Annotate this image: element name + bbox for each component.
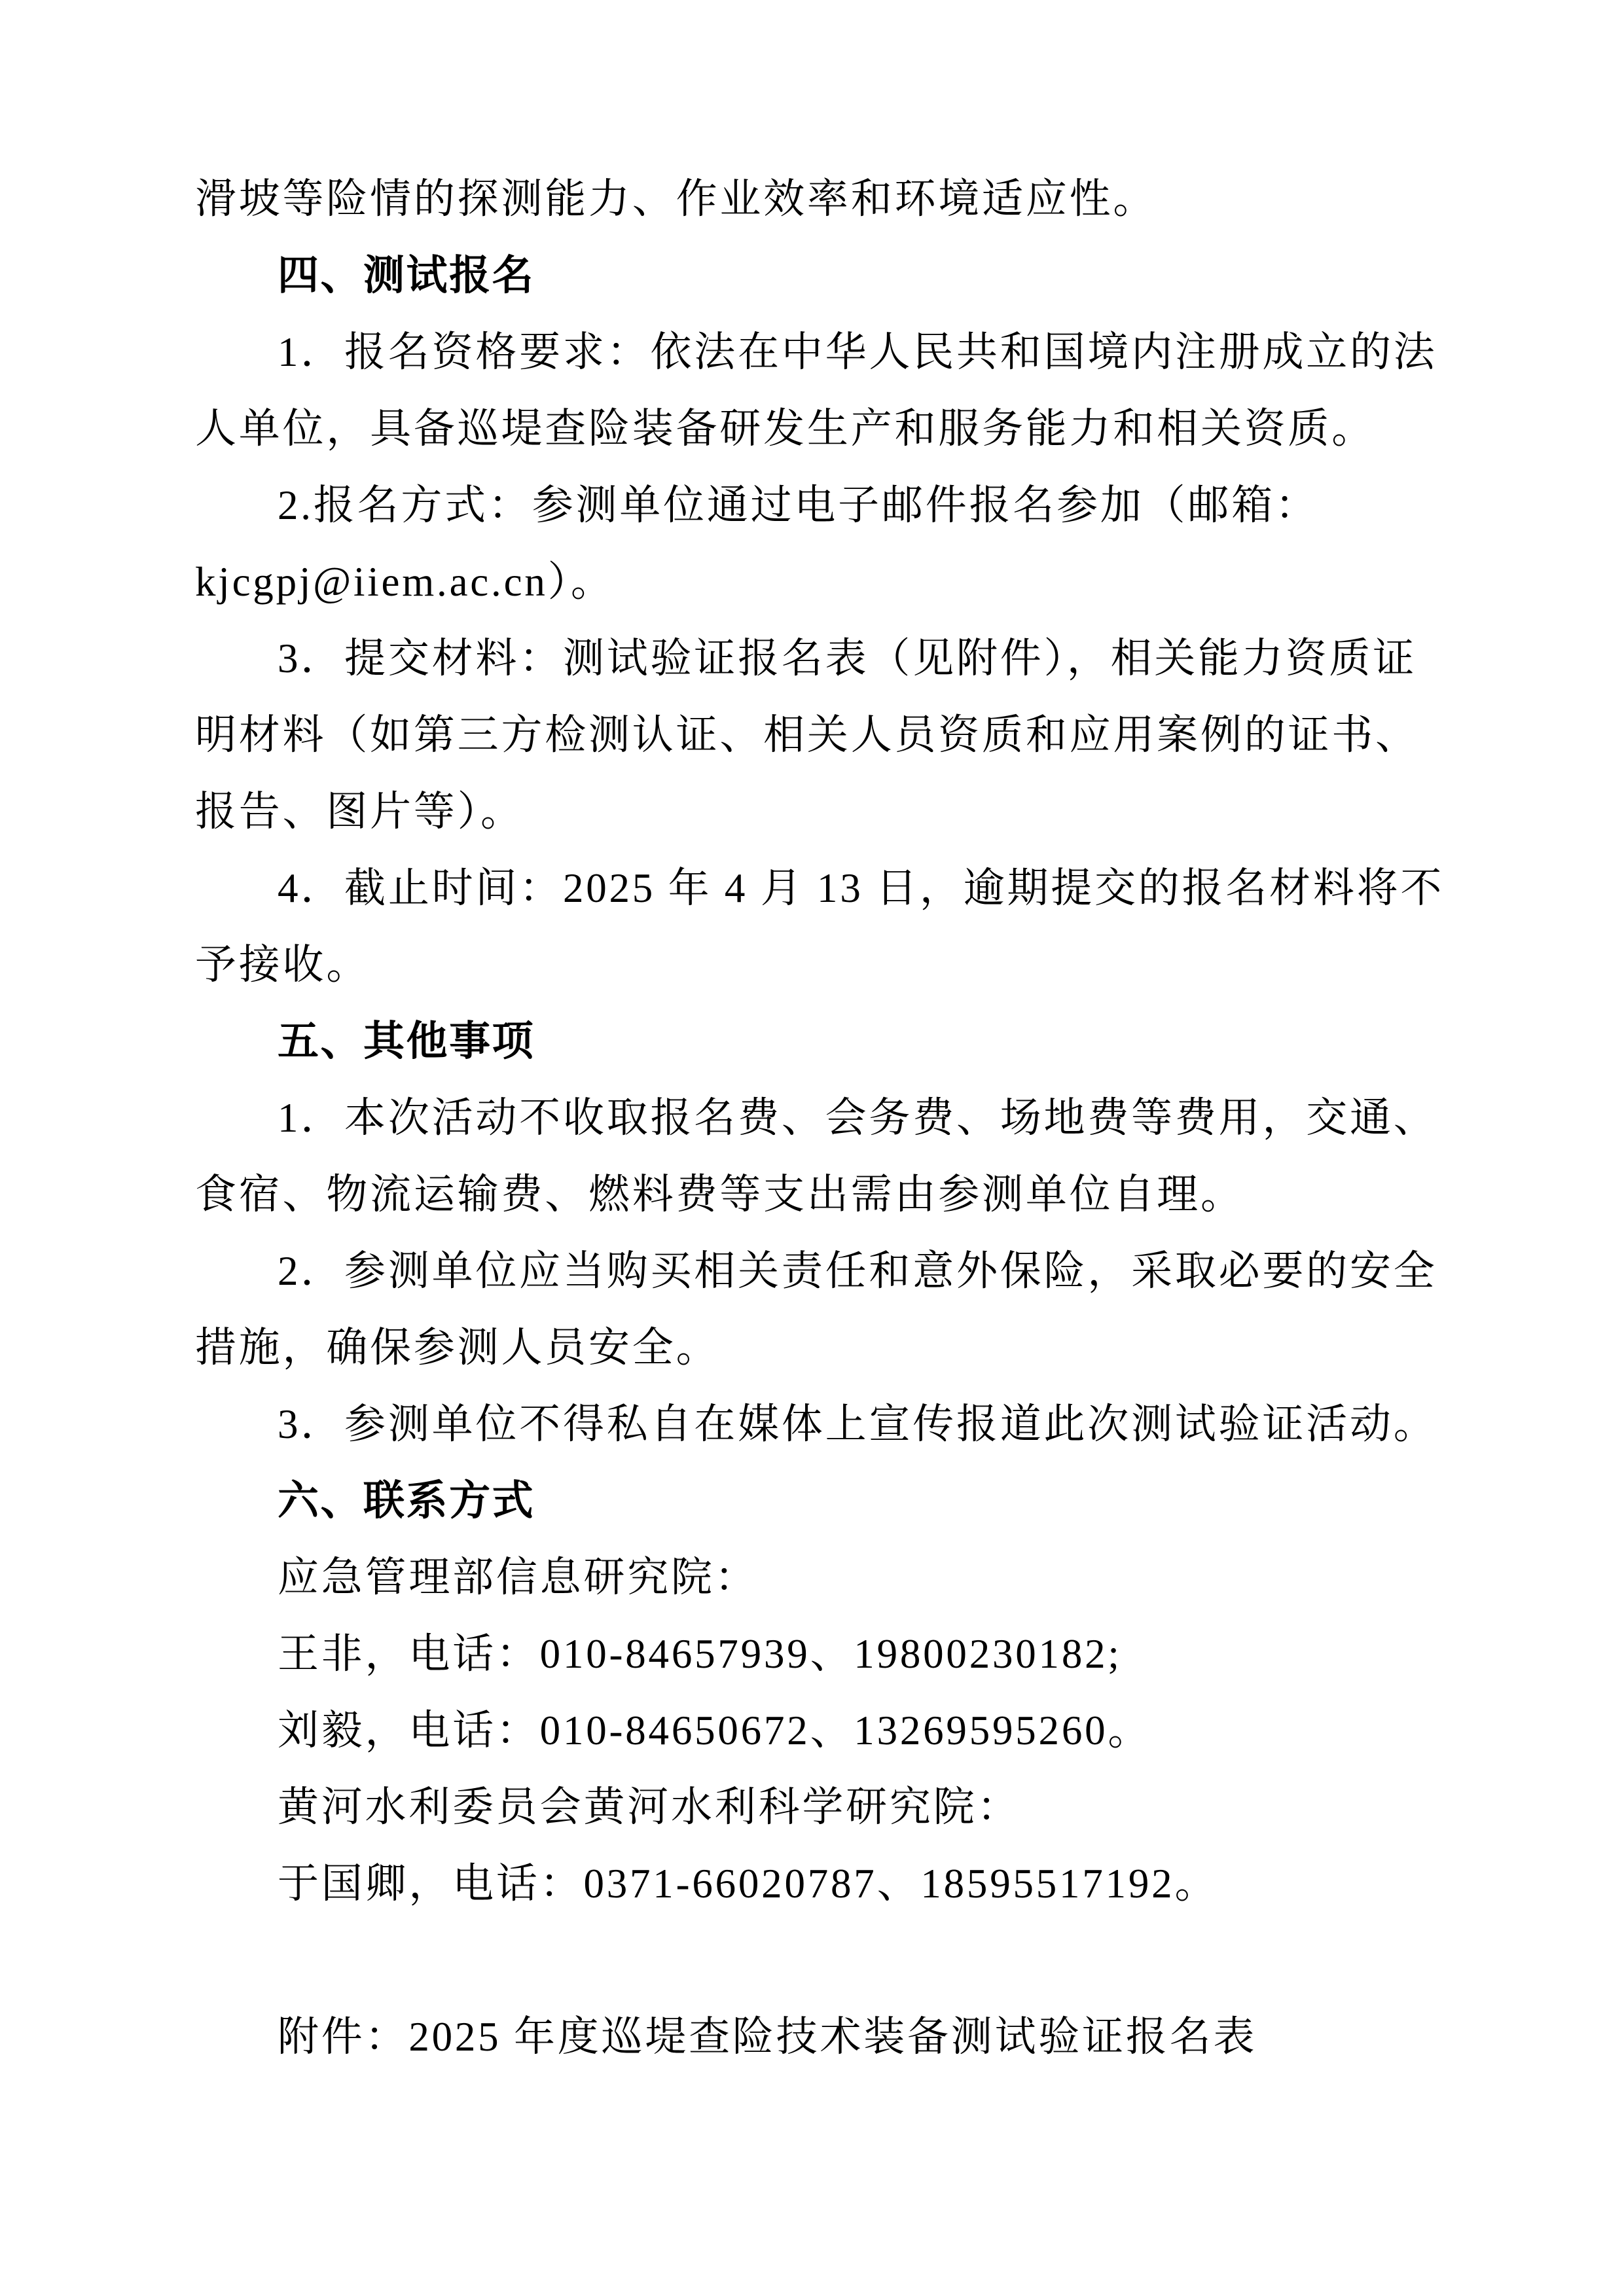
item-5-1-line-2: 食宿、物流运输费、燃料费等支出需由参测单位自理。 bbox=[195, 1157, 1429, 1233]
item-4-2-line-1: 2.报名方式：参测单位通过电子邮件报名参加（邮箱： bbox=[195, 467, 1429, 544]
item-4-4-line-1: 4．截止时间：2025 年 4 月 13 日，逾期提交的报名材料将不 bbox=[195, 850, 1429, 927]
contact-person-liu-yi: 刘毅，电话：010-84650672、13269595260。 bbox=[195, 1693, 1429, 1769]
item-4-4-line-2: 予接收。 bbox=[195, 927, 1429, 1003]
item-5-3-line-1: 3．参测单位不得私自在媒体上宣传报道此次测试验证活动。 bbox=[195, 1386, 1429, 1463]
item-4-1-line-1: 1．报名资格要求：依法在中华人民共和国境内注册成立的法 bbox=[195, 314, 1429, 391]
item-5-2-line-1: 2．参测单位应当购买相关责任和意外保险，采取必要的安全 bbox=[195, 1233, 1429, 1310]
item-5-1-line-1: 1．本次活动不收取报名费、会务费、场地费等费用，交通、 bbox=[195, 1080, 1429, 1157]
item-4-3-line-1: 3．提交材料：测试验证报名表（见附件），相关能力资质证 bbox=[195, 620, 1429, 697]
contact-org-1: 应急管理部信息研究院： bbox=[195, 1539, 1429, 1616]
contact-org-2: 黄河水利委员会黄河水利科学研究院： bbox=[195, 1769, 1429, 1846]
section-heading-contact-info: 六、联系方式 bbox=[195, 1463, 1429, 1539]
contact-person-wang-fei: 王非，电话：010-84657939、19800230182; bbox=[195, 1616, 1429, 1693]
document-page: 滑坡等险情的探测能力、作业效率和环境适应性。 四、测试报名 1．报名资格要求：依… bbox=[0, 0, 1624, 2296]
email-address-line: kjcgpj@iiem.ac.cn）。 bbox=[195, 544, 1429, 620]
paragraph-continuation-line: 滑坡等险情的探测能力、作业效率和环境适应性。 bbox=[195, 161, 1429, 238]
section-heading-other-matters: 五、其他事项 bbox=[195, 1003, 1429, 1080]
item-4-1-line-2: 人单位，具备巡堤查险装备研发生产和服务能力和相关资质。 bbox=[195, 391, 1429, 467]
page-content: 滑坡等险情的探测能力、作业效率和环境适应性。 四、测试报名 1．报名资格要求：依… bbox=[195, 161, 1429, 2075]
blank-line bbox=[195, 1922, 1429, 1999]
item-4-3-line-2: 明材料（如第三方检测认证、相关人员资质和应用案例的证书、 bbox=[195, 697, 1429, 774]
item-5-2-line-2: 措施，确保参测人员安全。 bbox=[195, 1310, 1429, 1386]
attachment-note: 附件：2025 年度巡堤查险技术装备测试验证报名表 bbox=[195, 1999, 1429, 2075]
contact-person-yu-guoqing: 于国卿，电话：0371-66020787、18595517192。 bbox=[195, 1846, 1429, 1922]
item-4-3-line-3: 报告、图片等）。 bbox=[195, 774, 1429, 850]
section-heading-test-signup: 四、测试报名 bbox=[195, 238, 1429, 314]
